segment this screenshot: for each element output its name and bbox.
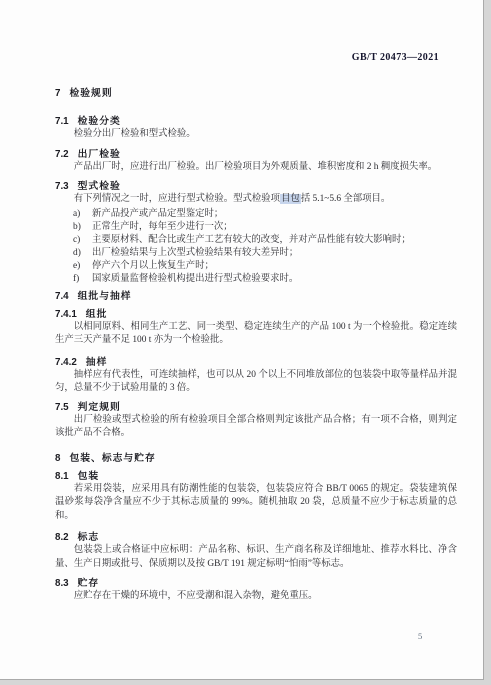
section-number: 8: [55, 452, 60, 465]
list-item-label: a): [73, 208, 92, 221]
section-heading-8-1: 8.1包装: [55, 470, 457, 483]
page-number: 5: [418, 631, 422, 641]
list-item: a)新产品投产或产品定型鉴定时；: [55, 208, 457, 221]
paragraph-7-5: 出厂检验或型式检验的所有检验项目全部合格则判定该批产品合格；有一项不合格，则判定…: [55, 414, 457, 441]
type-test-condition-list: a)新产品投产或产品定型鉴定时； b)正常生产时，每年至少进行一次； c)主要原…: [55, 208, 457, 286]
section-number: 7: [55, 87, 60, 100]
section-number: 7.4: [55, 290, 69, 303]
paragraph-7-4-1: 以相同原料、相同生产工艺、同一类型、稳定连续生产的产品 100 t 为一个检验批…: [55, 321, 457, 348]
section-number: 7.4.1: [55, 308, 77, 321]
section-heading-7: 7检验规则: [55, 87, 457, 100]
section-title: 组批与抽样: [78, 291, 132, 302]
section-heading-7-4: 7.4组批与抽样: [55, 290, 457, 303]
section-number: 7.3: [55, 180, 69, 193]
section-title: 型式检验: [78, 181, 121, 192]
list-item: f)国家质量监督检验机构提出进行型式检验要求时。: [55, 273, 457, 286]
list-item-text: 停产六个月以上恢复生产时；: [92, 260, 457, 273]
search-highlight: 目包: [280, 194, 301, 204]
section-heading-8-3: 8.3贮存: [55, 577, 457, 590]
section-number: 7.1: [55, 115, 69, 128]
list-item-label: e): [73, 260, 92, 273]
section-number: 8.1: [55, 470, 69, 483]
list-item-text: 国家质量监督检验机构提出进行型式检验要求时。: [92, 273, 457, 286]
section-title: 检验分类: [78, 116, 121, 127]
section-title: 出厂检验: [78, 149, 121, 160]
list-item-label: f): [73, 273, 92, 286]
section-heading-7-1: 7.1检验分类: [55, 115, 457, 128]
section-heading-8-2: 8.2标志: [55, 531, 457, 544]
list-item: c)主要原材料、配合比或生产工艺有较大的改变，并对产品性能有较大影响时；: [55, 234, 457, 247]
section-number: 7.4.2: [55, 356, 77, 369]
section-number: 7.5: [55, 401, 69, 414]
section-title: 贮存: [78, 578, 100, 589]
section-title: 包装: [78, 471, 100, 482]
paragraph-7-1: 检验分出厂检验和型式检验。: [55, 128, 457, 142]
list-item-text: 主要原材料、配合比或生产工艺有较大的改变，并对产品性能有较大影响时；: [92, 234, 457, 247]
section-title: 检验规则: [69, 88, 112, 99]
list-item: b)正常生产时，每年至少进行一次；: [55, 221, 457, 234]
paragraph-8-1: 若采用袋装，应采用具有防潮性能的包装袋，包装袋应符合 BB/T 0065 的规定…: [55, 483, 457, 524]
section-number: 8.3: [55, 577, 69, 590]
section-title: 组批: [86, 309, 108, 320]
list-item-text: 出厂检验结果与上次型式检验结果有较大差异时；: [92, 247, 457, 260]
section-heading-7-5: 7.5判定规则: [55, 401, 457, 414]
document-content: 7检验规则 7.1检验分类 检验分出厂检验和型式检验。 7.2出厂检验 产品出厂…: [55, 0, 457, 604]
section-number: 7.2: [55, 148, 69, 161]
section-title: 判定规则: [78, 402, 121, 413]
list-item-text: 新产品投产或产品定型鉴定时；: [92, 208, 457, 221]
scanned-standard-page-background: { "colors": { "highlight": "#c7d5ec", "p…: [0, 0, 491, 685]
list-item-label: c): [73, 234, 92, 247]
paragraph-7-4-2: 抽样应有代表性，可连续抽样，也可以从 20 个以上不同堆放部位的包装袋中取等量样…: [55, 369, 457, 396]
paragraph-7-3-intro: 有下列情况之一时，应进行型式检验。型式检验项目包括 5.1~5.6 全部项目。: [55, 193, 457, 207]
section-title: 包装、标志与贮存: [69, 453, 155, 464]
section-heading-8: 8包装、标志与贮存: [55, 452, 457, 465]
paragraph-7-2: 产品出厂时，应进行出厂检验。出厂检验项目为外观质量、堆积密度和 2 h 稠度损失…: [55, 161, 457, 175]
list-item: d)出厂检验结果与上次型式检验结果有较大差异时；: [55, 247, 457, 260]
paragraph-8-2: 包装袋上或合格证中应标明：产品名称、标识、生产商名称及详细地址、推荐水料比、净含…: [55, 544, 457, 571]
list-item-text: 正常生产时，每年至少进行一次；: [92, 221, 457, 234]
list-item: e)停产六个月以上恢复生产时；: [55, 260, 457, 273]
intro-text-before: 有下列情况之一时，应进行型式检验。型式检验项: [74, 194, 280, 204]
section-title: 抽样: [86, 357, 108, 368]
intro-text-after: 括 5.1~5.6 全部项目。: [301, 194, 390, 204]
section-heading-7-4-1: 7.4.1组批: [55, 308, 457, 321]
section-title: 标志: [78, 532, 100, 543]
section-heading-7-4-2: 7.4.2抽样: [55, 356, 457, 369]
document-page: GB/T 20473—2021 7检验规则 7.1检验分类 检验分出厂检验和型式…: [0, 0, 484, 680]
list-item-label: d): [73, 247, 92, 260]
section-heading-7-3: 7.3型式检验: [55, 180, 457, 193]
section-number: 8.2: [55, 531, 69, 544]
paragraph-8-3: 应贮存在干燥的环境中，不应受潮和混入杂物，避免重压。: [55, 590, 457, 604]
section-heading-7-2: 7.2出厂检验: [55, 148, 457, 161]
list-item-label: b): [73, 221, 92, 234]
